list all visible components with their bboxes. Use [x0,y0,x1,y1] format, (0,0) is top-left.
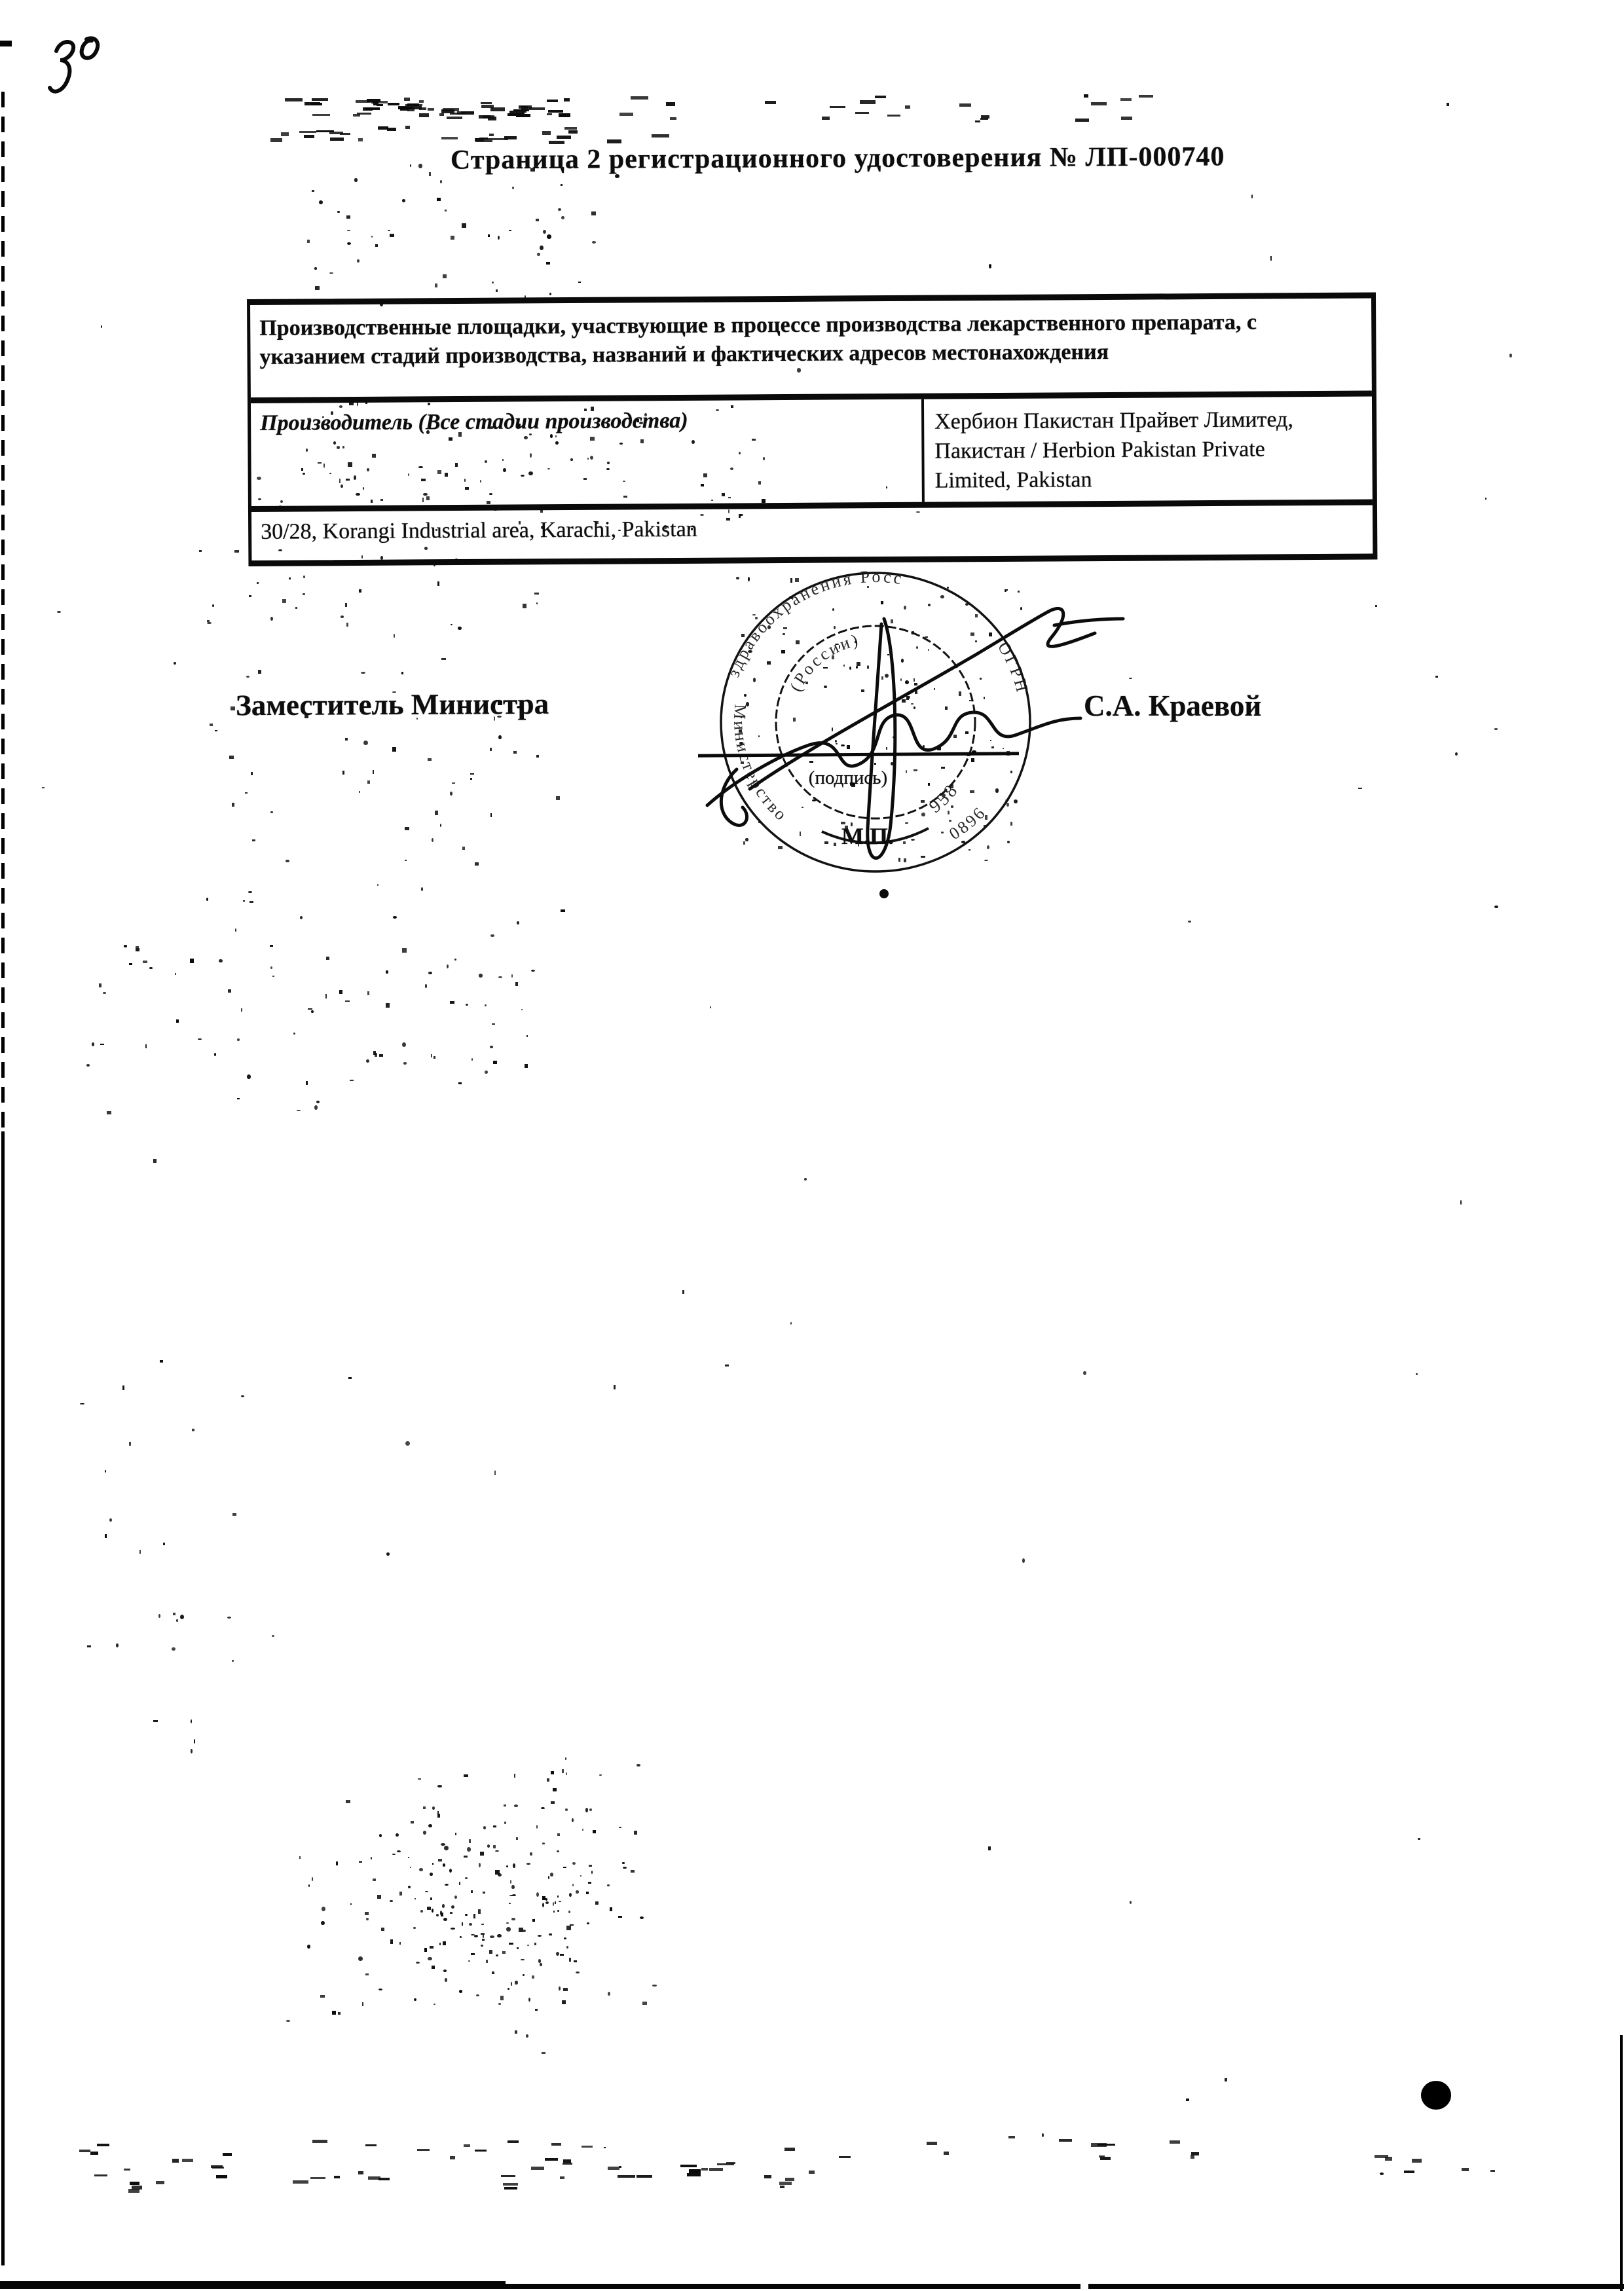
noise-speck [437,1785,442,1787]
noise-speck [450,792,452,795]
noise-speck [490,748,492,751]
noise-speck [1121,117,1132,120]
noise-speck [514,1805,518,1807]
noise-speck [366,1059,369,1063]
noise-speck [312,1877,313,1881]
noise-speck [586,1892,589,1895]
noise-speck [97,2144,109,2146]
noise-speck [232,803,234,806]
noise-speck [534,1943,536,1945]
noise-speck [514,1774,515,1778]
noise-speck [559,1987,560,1991]
noise-speck [392,1854,395,1855]
noise-speck [464,2144,470,2147]
noise-speck [564,98,570,101]
noise-speck [1022,1558,1024,1562]
noise-speck [492,1971,494,1974]
noise-speck [337,211,341,213]
noise-speck [428,1957,432,1960]
producer-value-cell: Хербион Пакистан Прайвет Лимитед, Пакист… [921,397,1373,502]
noise-speck [553,1902,554,1907]
noise-speck [441,658,446,660]
noise-speck [461,111,473,115]
noise-speck [341,615,344,617]
noise-speck [445,1884,449,1886]
bottom-scan-bar [0,2281,506,2289]
noise-speck [297,1110,301,1111]
noise-speck [270,617,273,621]
noise-speck [124,2169,130,2171]
noise-speck [581,2146,593,2148]
bottom-scan-bar [506,2284,1080,2289]
noise-speck [1418,1838,1420,1840]
noise-speck [687,2173,701,2176]
noise-speck [241,1008,242,1012]
noise-speck [490,1935,494,1938]
bottom-scan-bar [1088,2284,1624,2289]
noise-speck [105,1534,107,1538]
noise-speck [373,1051,376,1055]
noise-speck [495,1850,500,1852]
noise-speck [496,1954,498,1956]
noise-speck [483,1934,484,1938]
noise-speck [404,98,410,101]
noise-speck [1380,2172,1384,2175]
noise-speck [105,1470,107,1473]
noise-speck [710,1006,712,1008]
noise-speck [515,982,518,986]
noise-speck [642,2002,647,2005]
noise-speck [492,138,508,140]
noise-speck [375,244,378,247]
noise-speck [604,2147,606,2148]
noise-speck [492,1023,494,1025]
noise-speck [311,1010,314,1013]
noise-speck [507,113,525,116]
noise-speck [509,230,511,231]
noise-speck [545,1901,549,1904]
noise-speck [402,1042,406,1047]
noise-speck [42,787,45,788]
noise-speck [251,772,252,775]
noise-speck [542,1903,544,1907]
noise-speck [378,1989,382,1990]
noise-speck [358,2171,363,2174]
noise-speck [574,1960,577,1962]
noise-speck [286,860,289,863]
noise-speck [563,2163,572,2165]
noise-speck [80,1403,84,1405]
noise-speck [490,813,492,817]
page-title: Страница 2 регистрационного удостоверени… [451,141,1225,175]
noise-speck [1188,921,1191,923]
noise-speck [476,1994,479,1996]
noise-speck [464,1774,468,1778]
noise-speck [1059,2139,1072,2142]
noise-speck [526,1863,530,1864]
noise-speck [192,1429,194,1431]
noise-speck [241,1395,244,1398]
signature-caption: (подпись) [773,767,923,789]
noise-speck [523,1974,525,1976]
noise-speck [569,1958,571,1962]
noise-speck [399,1942,401,1945]
noise-speck [523,604,526,608]
noise-speck [521,1959,525,1960]
noise-speck [172,1647,175,1651]
noise-speck [329,272,334,274]
noise-speck [1490,2170,1495,2172]
handwritten-mark-30 [34,31,106,110]
noise-speck [536,755,539,757]
noise-speck [443,108,459,112]
noise-speck [295,607,297,608]
noise-speck [219,959,222,962]
noise-speck [365,1973,369,1975]
noise-speck [428,972,432,974]
noise-speck [670,117,676,120]
noise-speck [401,672,403,674]
noise-speck [428,108,434,111]
noise-speck [176,1019,179,1023]
noise-speck [408,1886,411,1888]
noise-speck [541,1807,545,1809]
noise-speck [450,2156,456,2159]
stamp-text-digits: 0896 [946,802,990,843]
noise-speck [1404,2171,1414,2173]
noise-speck [1358,788,1362,789]
noise-speck [561,184,563,186]
noise-speck [346,1800,350,1804]
noise-speck [534,593,538,595]
noise-speck [1008,2136,1015,2138]
noise-speck [410,164,411,167]
noise-speck [174,662,176,665]
noise-speck [504,1805,506,1806]
table-row-address: 30/28, Korangi Industrial area, Karachi,… [251,505,1373,560]
noise-speck [443,274,447,278]
table-header-cell: Производственные площадки, участвующие в… [250,299,1372,403]
noise-speck [388,103,399,105]
noise-speck [419,100,424,103]
noise-speck [293,2180,309,2184]
noise-speck [440,824,441,827]
noise-speck [557,1896,559,1898]
noise-speck [182,2159,193,2162]
noise-speck [587,1922,589,1924]
noise-speck [538,1935,542,1936]
noise-speck [512,187,514,189]
noise-speck [390,1900,393,1903]
noise-speck [503,2183,518,2186]
noise-speck [474,1935,478,1937]
noise-speck [585,1808,588,1812]
noise-speck [462,847,465,849]
noise-speck [490,1046,493,1048]
noise-speck [465,1877,468,1879]
noise-speck [980,118,987,120]
noise-speck [478,1909,481,1914]
noise-speck [475,2150,487,2152]
noise-speck [511,974,513,978]
noise-speck [561,216,564,219]
noise-speck [475,138,493,142]
noise-speck [116,1643,119,1648]
table-row-producer: Производитель (Все стадии производства) … [251,397,1373,512]
noise-speck [1084,94,1089,98]
noise-speck [536,602,538,604]
noise-speck [927,2142,937,2145]
noise-speck [576,1890,579,1893]
noise-speck [136,948,139,952]
noise-speck [122,1385,124,1389]
noise-speck [1120,98,1132,101]
noise-speck [637,2175,652,2178]
noise-speck [545,1898,547,1901]
noise-speck [405,126,410,129]
noise-speck [542,131,551,134]
noise-speck [839,2156,851,2158]
noise-speck [531,970,535,972]
noise-speck [536,219,539,221]
noise-speck [527,1945,529,1946]
noise-speck [272,976,274,977]
noise-speck [458,627,461,631]
seal-place-mark: М.П. [832,822,904,850]
noise-speck [542,1842,545,1844]
noise-speck [631,1870,635,1873]
noise-speck [405,827,409,830]
noise-speck [386,970,388,974]
noise-speck [1455,752,1458,756]
noise-speck [553,1788,557,1792]
noise-speck [432,838,434,842]
noise-speck [513,1863,515,1868]
noise-speck [249,595,251,596]
noise-speck [232,1660,234,1662]
noise-speck [618,2175,635,2178]
noise-speck [548,110,563,113]
noise-speck [557,1910,559,1912]
noise-speck [377,884,379,885]
noise-speck [442,1904,445,1907]
noise-speck [419,113,429,117]
noise-speck [243,900,245,902]
noise-speck [623,1867,627,1869]
noise-speck [136,946,139,947]
noise-speck [334,2176,340,2179]
noise-speck [367,780,370,784]
noise-speck [483,1892,485,1894]
noise-speck [109,1518,112,1522]
noise-speck [413,1927,415,1929]
noise-speck [286,2020,290,2022]
noise-speck [485,1004,487,1006]
noise-speck [347,230,350,232]
noise-speck [565,1808,568,1811]
noise-speck [415,1898,416,1899]
noise-speck [347,242,351,245]
noise-speck [405,860,407,861]
noise-speck [330,137,344,141]
noise-speck [480,1852,484,1856]
noise-speck [303,593,306,595]
noise-speck [1494,728,1498,729]
noise-speck [887,115,900,117]
noise-speck [564,127,577,130]
noise-speck [1139,95,1153,98]
noise-speck [1375,605,1377,607]
noise-speck [439,1943,441,1945]
noise-speck [526,2034,528,2037]
noise-speck [551,1771,554,1774]
noise-speck [809,2171,815,2174]
noise-speck [540,1963,542,1967]
noise-speck [1385,2157,1393,2161]
noise-speck [563,1867,566,1868]
noise-speck [509,1943,513,1945]
noise-speck [498,976,502,978]
noise-speck [289,577,291,579]
noise-speck [637,1764,640,1767]
noise-speck [441,1843,445,1846]
noise-speck [314,1105,318,1109]
noise-speck [479,1863,481,1867]
noise-speck [359,589,361,593]
noise-speck [153,1159,157,1163]
noise-speck [486,1960,489,1964]
noise-speck [388,230,390,232]
noise-speck [285,98,303,101]
noise-speck [538,1959,541,1962]
noise-speck [790,1322,792,1325]
noise-speck [417,2149,430,2151]
noise-speck [449,1869,452,1873]
noise-speck [338,2012,341,2015]
noise-speck [402,199,405,202]
noise-speck [537,253,541,256]
noise-speck [438,1859,442,1861]
noise-speck [160,1360,163,1363]
noise-speck [191,1719,192,1723]
noise-speck [411,1821,414,1824]
noise-speck [199,550,202,552]
noise-speck [479,974,483,977]
noise-speck [321,1921,324,1925]
noise-speck [515,2030,517,2034]
noise-speck [156,2181,164,2184]
noise-speck [425,984,427,987]
noise-speck [373,770,374,774]
noise-speck [988,1846,991,1850]
noise-speck [403,1062,407,1065]
noise-speck [830,106,845,108]
noise-speck [397,1850,401,1852]
noise-speck [194,1739,196,1744]
noise-speck [608,1992,610,1996]
noise-speck [511,1918,515,1920]
noise-speck [378,126,388,130]
noise-speck [387,128,396,132]
noise-speck [434,2004,435,2005]
noise-speck [493,1845,496,1849]
noise-speck [57,611,61,613]
noise-speck [299,1856,301,1859]
noise-speck [300,916,303,920]
noise-speck [652,1985,657,1987]
noise-speck [434,565,435,566]
noise-speck [547,113,552,116]
noise-speck [345,603,348,607]
noise-speck [860,100,876,104]
noise-speck [764,2175,772,2178]
noise-speck [506,1922,509,1924]
noise-speck [489,134,494,136]
noise-speck [550,1873,553,1877]
noise-speck [350,1903,352,1905]
noise-speck [1412,2159,1422,2163]
noise-speck [439,113,444,117]
noise-speck [481,105,494,109]
production-sites-table: Производственные площадки, участвующие в… [247,292,1377,566]
noise-speck [258,670,261,674]
noise-speck [1509,354,1512,357]
noise-speck [312,114,330,116]
noise-speck [386,1552,390,1556]
noise-speck [358,1956,363,1961]
noise-speck [339,990,343,994]
noise-speck [416,1962,420,1964]
noise-speck [441,137,458,139]
noise-speck [443,1941,446,1945]
noise-speck [568,1911,570,1913]
noise-speck [303,576,305,579]
ministry-round-stamp: здравоохранения Росс ОГРН (России) Минис… [681,550,1139,917]
noise-speck [462,1922,463,1926]
noise-speck [509,1903,511,1904]
scanned-document-page: Страница 2 регистрационного удостоверени… [0,0,1624,2291]
noise-speck [451,624,453,625]
noise-speck [363,107,373,111]
noise-speck [473,1914,475,1918]
noise-speck [562,1769,564,1772]
noise-speck [855,112,869,115]
noise-speck [784,2148,796,2152]
noise-speck [175,973,176,975]
noise-speck [607,1884,610,1887]
noise-speck [490,934,494,937]
noise-speck [419,107,426,110]
noise-speck [223,2153,232,2156]
noise-speck [235,928,236,932]
noise-speck [139,1550,141,1554]
noise-speck [373,1879,376,1881]
noise-speck [425,1891,428,1893]
noise-speck [652,134,669,137]
noise-speck [386,1003,390,1008]
noise-speck [325,994,327,999]
noise-speck [498,2003,501,2006]
noise-speck [521,1009,523,1010]
noise-speck [311,103,322,105]
noise-speck [319,200,323,204]
noise-speck [502,1951,506,1953]
noise-speck [176,1619,178,1622]
noise-speck [326,957,329,960]
noise-speck [428,1824,432,1827]
noise-speck [214,1053,216,1056]
noise-speck [619,113,633,117]
